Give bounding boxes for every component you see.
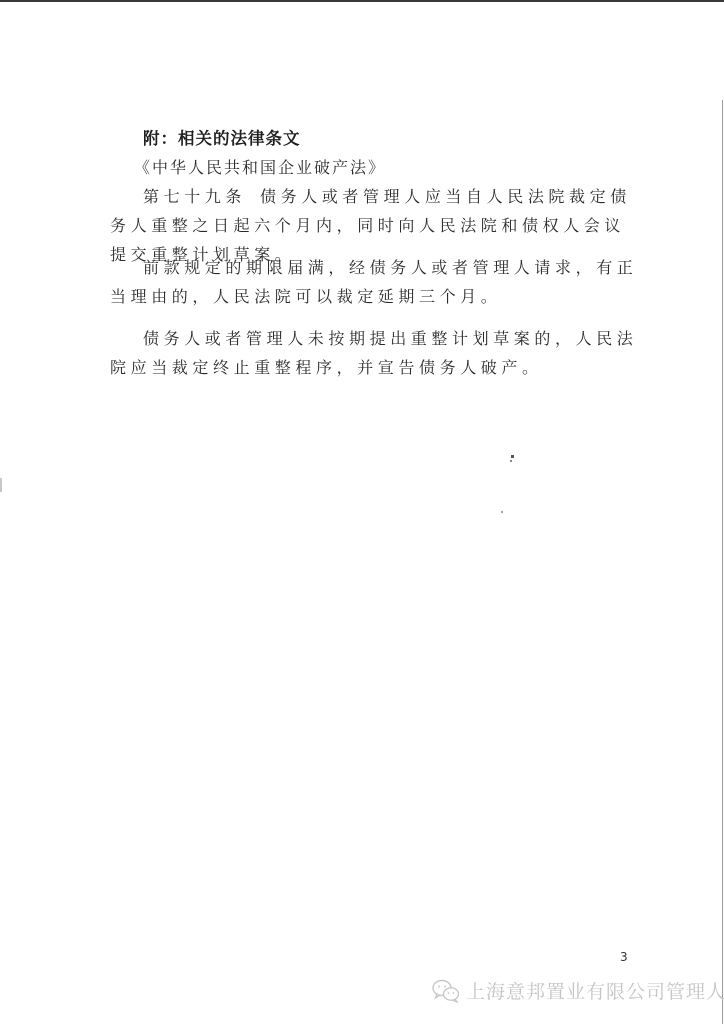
- document-page: 附：相关的法律条文 《中华人民共和国企业破产法》 第七十九条债务人或者管理人应当…: [0, 0, 724, 1024]
- article-text: 前款规定的期限届满，经债务人或者管理人请求，有正当理由的，人民法院可以裁定延期三…: [110, 258, 637, 306]
- watermark-text: 上海意邦置业有限公司管理人: [466, 977, 724, 1004]
- scan-speck: [501, 511, 503, 513]
- scan-speck: [511, 455, 514, 458]
- wechat-icon: [432, 979, 460, 1003]
- wechat-watermark: 上海意邦置业有限公司管理人: [432, 977, 724, 1004]
- page-number: 3: [620, 950, 628, 964]
- article-text: 债务人或者管理人未按期提出重整计划草案的，人民法院应当裁定终止重整程序，并宣告债…: [110, 329, 637, 377]
- law-name: 《中华人民共和国企业破产法》: [134, 155, 386, 178]
- article-79-paragraph-3: 债务人或者管理人未按期提出重整计划草案的，人民法院应当裁定终止重整程序，并宣告债…: [110, 324, 640, 382]
- appendix-title: 附：相关的法律条文: [143, 125, 301, 149]
- article-79-paragraph-2: 前款规定的期限届满，经债务人或者管理人请求，有正当理由的，人民法院可以裁定延期三…: [110, 253, 640, 311]
- article-number: 第七十九条: [143, 187, 246, 206]
- scan-speck: [510, 460, 512, 462]
